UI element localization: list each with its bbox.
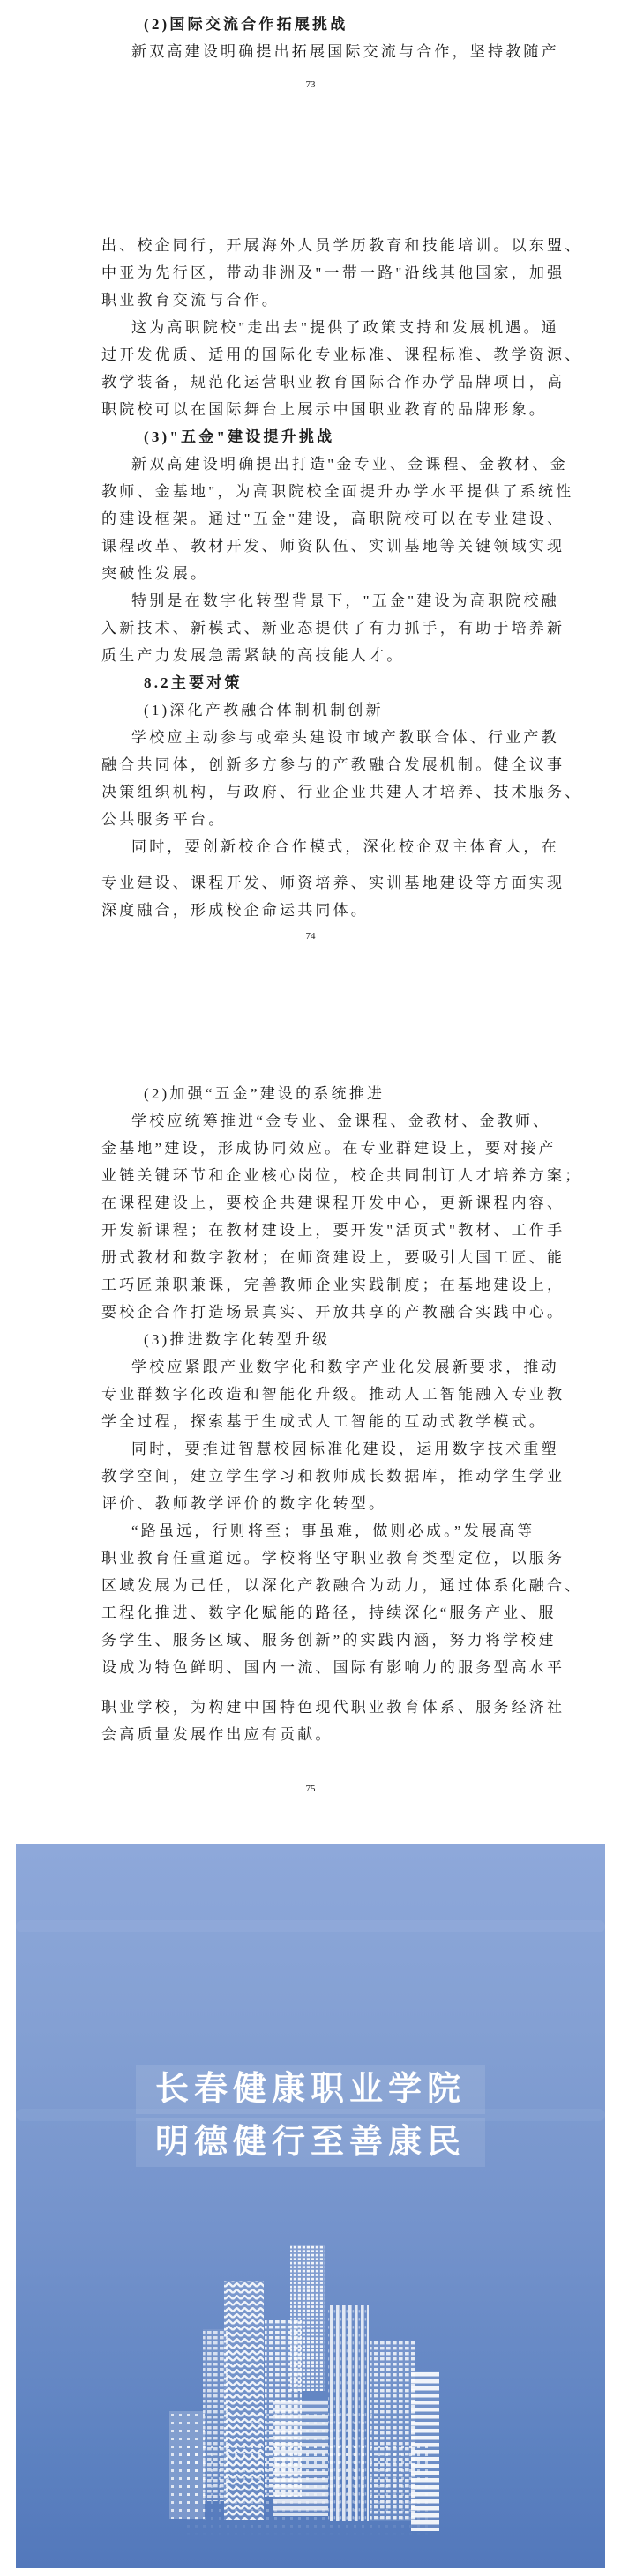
text-line: 学校应统筹推进“金专业、金课程、金教材、金教师、	[101, 1107, 583, 1135]
text-line: 职业学校，为构建中国特色现代职业教育体系、服务经济社	[101, 1694, 583, 1721]
text-line: 突破性发展。	[101, 560, 583, 587]
subsection-heading: (2)加强“五金”建设的系统推进	[144, 1080, 621, 1107]
text-line: 专业群数字化改造和智能化升级。推动人工智能融入专业教	[101, 1381, 583, 1408]
text-line: 教学装备，规范化运营职业教育国际合作办学品牌项目，高	[101, 369, 583, 396]
text-line: 金基地”建设，形成协同效应。在专业群建设上，要对接产	[101, 1135, 583, 1162]
text-line: 学全过程，探索基于生成式人工智能的互动式教学模式。	[101, 1408, 583, 1435]
text-line: 新双高建设明确提出打造"金专业、金课程、金教材、金	[101, 450, 583, 478]
text-line: 册式教材和数字教材；在师资建设上，要吸引大国工匠、能	[101, 1244, 583, 1271]
text-line: 开发新课程；在教材建设上，要开发"活页式"教材、工作手	[101, 1217, 583, 1244]
text-line: 教学空间，建立学生学习和教师成长数据库，推动学生学业	[101, 1463, 583, 1490]
text-line: 深度融合，形成校企命运共同体。	[101, 897, 583, 924]
text-line: 职院校可以在国际舞台上展示中国职业教育的品牌形象。	[101, 396, 583, 423]
text-line: 在课程建设上，要校企共建课程开发中心，更新课程内容、	[101, 1189, 583, 1217]
cloud-streak	[16, 1920, 605, 1932]
section-heading: (2)国际交流合作拓展挑战	[144, 11, 621, 38]
text-line: 过开发优质、适用的国际化专业标准、课程标准、教学资源、	[101, 341, 583, 369]
document-page-73: (2)国际交流合作拓展挑战 新双高建设明确提出拓展国际交流与合作，坚持教随产 7…	[0, 11, 621, 90]
text-line: 特别是在数字化转型背景下，"五金"建设为高职院校融	[101, 587, 583, 614]
text-line: 区域发展为己任，以深化产教融合为动力，通过体系化融合、	[101, 1572, 583, 1599]
text-line: 出、校企同行，开展海外人员学历教育和技能培训。以东盟、	[101, 232, 583, 259]
text-line: 质生产力发展急需紧缺的高技能人才。	[101, 642, 583, 669]
document-viewport: (2)国际交流合作拓展挑战 新双高建设明确提出拓展国际交流与合作，坚持教随产 7…	[0, 0, 621, 2576]
text-line: 工巧匠兼职兼课，完善教师企业实践制度；在基地建设上，	[101, 1271, 583, 1299]
school-motto: 明德健行至善康民	[136, 2118, 485, 2167]
text-line: 要校企合作打造场景真实、开放共享的产教融合实践中心。	[101, 1299, 583, 1326]
text-line: 公共服务平台。	[101, 806, 583, 833]
text-line: 评价、教师教学评价的数字化转型。	[101, 1490, 583, 1517]
text-line: 职业教育交流与合作。	[101, 287, 583, 314]
text-line: 同时，要创新校企合作模式，深化校企双主体育人，在	[101, 833, 583, 860]
section-heading: (3)"五金"建设提升挑战	[144, 423, 621, 450]
text-line: 这为高职院校"走出去"提供了政策支持和发展机遇。通	[101, 314, 583, 341]
subsection-heading: (1)深化产教融合体制机制创新	[144, 696, 621, 724]
text-line: 务学生、服务区域、服务创新”的实践内涵，努力将学校建	[101, 1627, 583, 1654]
school-name: 长春健康职业学院	[136, 2065, 485, 2114]
text-line: 决策组织机构，与政府、行业企业共建人才培养、技术服务、	[101, 778, 583, 806]
city-skyline-icon	[169, 2245, 452, 2536]
text-line: 课程改革、教材开发、师资队伍、实训基地等关键领域实现	[101, 532, 583, 560]
text-line: 新双高建设明确提出拓展国际交流与合作，坚持教随产	[101, 38, 583, 65]
text-line: 业链关键环节和企业核心岗位，校企共同制订人才培养方案；	[101, 1162, 583, 1189]
cover-title-block: 长春健康职业学院 明德健行至善康民	[16, 2065, 605, 2170]
text-line: 专业建设、课程开发、师资培养、实训基地建设等方面实现	[101, 869, 583, 897]
page-number: 75	[0, 1783, 621, 1794]
subsection-heading: (3)推进数字化转型升级	[144, 1326, 621, 1353]
text-line: 学校应主动参与或牵头建设市域产教联合体、行业产教	[101, 724, 583, 751]
text-line: 设成为特色鲜明、国内一流、国际有影响力的服务型高水平	[101, 1654, 583, 1681]
text-line: 融合共同体，创新多方参与的产教融合发展机制。健全议事	[101, 751, 583, 778]
text-line: “路虽远，行则将至；事虽难，做则必成。”发展高等	[101, 1517, 583, 1545]
document-page-74: 出、校企同行，开展海外人员学历教育和技能培训。以东盟、 中亚为先行区，带动非洲及…	[0, 232, 621, 942]
section-heading: 8.2主要对策	[144, 669, 621, 696]
text-line: 入新技术、新模式、新业态提供了有力抓手，有助于培养新	[101, 614, 583, 642]
cover-page: 长春健康职业学院 明德健行至善康民	[16, 1844, 605, 2568]
text-line: 会高质量发展作出应有贡献。	[101, 1721, 583, 1748]
document-page-75: (2)加强“五金”建设的系统推进 学校应统筹推进“金专业、金课程、金教材、金教师…	[0, 1080, 621, 1794]
text-line: 的建设框架。通过"五金"建设，高职院校可以在专业建设、	[101, 505, 583, 532]
page-number: 73	[0, 79, 621, 90]
text-line: 学校应紧跟产业数字化和数字产业化发展新要求，推动	[101, 1353, 583, 1381]
text-line: 中亚为先行区，带动非洲及"一带一路"沿线其他国家，加强	[101, 259, 583, 287]
text-line: 同时，要推进智慧校园标准化建设，运用数字技术重塑	[101, 1435, 583, 1463]
text-line: 工程化推进、数字化赋能的路径，持续深化“服务产业、服	[101, 1599, 583, 1627]
text-line: 教师、金基地"，为高职院校全面提升办学水平提供了系统性	[101, 478, 583, 505]
page-number: 74	[0, 931, 621, 942]
text-line: 职业教育任重道远。学校将坚守职业教育类型定位，以服务	[101, 1545, 583, 1572]
